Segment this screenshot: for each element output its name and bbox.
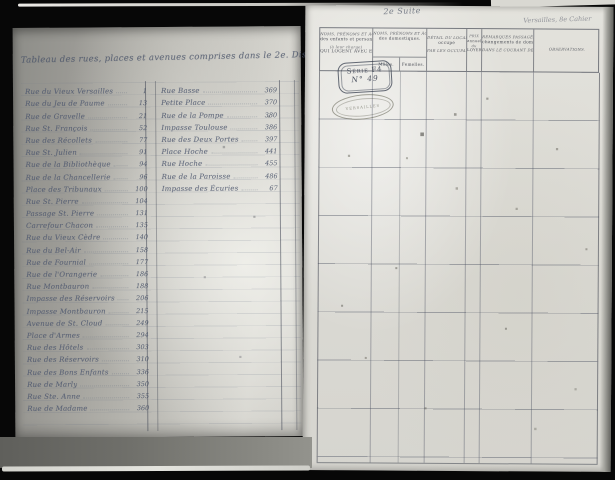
folio-number: 360 — [131, 404, 149, 412]
street-entry: Rue de la Pompe 380 — [161, 107, 277, 120]
street-name: Rue des Bons Enfants — [27, 368, 109, 377]
street-entry: Rue des Réservoirs 310 — [27, 351, 149, 364]
header-line: du — [467, 44, 481, 49]
dotted-leader — [83, 397, 129, 398]
folio-number: 21 — [129, 112, 147, 120]
table-surface-band — [0, 437, 312, 468]
street-name: Impasse des Écuries — [162, 184, 239, 193]
street-entry: Passage St. Pierre 131 — [26, 205, 148, 218]
header-line: DANS LE COURANT DE L'AN. — [482, 47, 533, 53]
header-line: PAR LES OCCUPANTS. — [427, 47, 466, 53]
street-entry: Rue St. François 52 — [25, 120, 147, 133]
dotted-leader — [82, 202, 128, 203]
street-entry: Rue du Bel-Air 158 — [26, 242, 148, 255]
folio-number: 77 — [129, 136, 147, 144]
header-line: QUI LOGENT AVEC EUX. — [320, 50, 372, 57]
street-entry: Rue Ste. Anne 355 — [27, 388, 149, 401]
folio-number: 67 — [260, 184, 278, 192]
page-title: Tableau des rues, places et avenues comp… — [21, 50, 293, 65]
folio-number: 486 — [260, 172, 278, 180]
dotted-leader — [211, 152, 257, 153]
handwritten-annotation-suite: 2e Suite — [383, 6, 421, 16]
folio-number: 355 — [131, 392, 149, 400]
folio-number: 249 — [131, 319, 149, 327]
street-name: Rue de Gravelle — [25, 112, 85, 120]
folio-number: 369 — [259, 86, 277, 94]
dotted-leader — [91, 409, 130, 410]
folio-number: 94 — [130, 160, 148, 168]
series-stamp-number: N° 49 — [339, 72, 391, 84]
folio-number: 310 — [131, 355, 149, 363]
dotted-leader — [203, 91, 257, 92]
folio-number: 336 — [131, 368, 149, 376]
header-line: (à leur charge) — [320, 44, 372, 50]
folio-number: 303 — [131, 343, 149, 351]
folio-number: 455 — [259, 159, 277, 167]
dotted-leader — [231, 128, 258, 129]
folio-number: 441 — [259, 147, 277, 155]
dotted-leader — [118, 300, 129, 301]
street-entry: Rue de Madame 360 — [27, 400, 149, 413]
street-entry: Rue de Marly 350 — [27, 376, 149, 389]
street-entry: Rue de la Bibliothèque 94 — [25, 156, 147, 169]
dotted-leader — [116, 92, 127, 93]
street-name: Rue St. François — [25, 124, 87, 132]
street-name: Place Hoche — [161, 148, 208, 156]
street-name: Rue du Vieux Versailles — [25, 87, 113, 96]
dotted-leader — [241, 189, 257, 190]
street-entry: Impasse Toulouse 386 — [161, 119, 277, 132]
street-name: Rue de Marly — [27, 380, 77, 388]
street-name: Rue de Madame — [27, 405, 87, 413]
street-entry: Rue du Jeu de Paume 13 — [25, 95, 147, 108]
dotted-leader — [86, 348, 129, 349]
street-name: Rue St. Pierre — [26, 197, 79, 205]
street-entry: Petite Place 370 — [161, 94, 277, 107]
header-line: des domestiques. — [373, 36, 426, 43]
street-name: Rue Ste. Anne — [27, 392, 80, 400]
header-line: REMARQUES PASSAGÈRES, — [482, 34, 533, 40]
street-list-first-column: Rue du Vieux Versailles 1 Rue du Jeu de … — [25, 83, 149, 413]
dotted-leader — [208, 104, 257, 105]
street-entry: Rue St. Pierre 104 — [26, 193, 148, 206]
series-stamp-label: Série F4 — [338, 64, 390, 75]
header-line: DÉTAIL DU LOCAL — [427, 35, 466, 41]
folio-number: 13 — [129, 99, 147, 107]
street-name: Place des Tribunaux — [26, 185, 102, 194]
folio-number: 186 — [130, 270, 148, 278]
dotted-leader — [114, 178, 128, 179]
street-entry: Rue des Bons Enfants 336 — [27, 363, 149, 376]
street-name: Rue de la Bibliothèque — [26, 161, 111, 170]
folio-number: 158 — [130, 246, 148, 254]
dotted-leader — [234, 177, 258, 178]
street-entry: Place Hoche 441 — [161, 143, 277, 156]
street-name: Petite Place — [161, 99, 205, 107]
left-page: Tableau des rues, places et avenues comp… — [13, 26, 304, 438]
street-name: Rue du Vieux Cèdre — [26, 234, 100, 243]
street-entry: Rue de Fournial 177 — [26, 254, 148, 267]
street-entry: Impasse Montbauron 215 — [26, 302, 148, 315]
street-entry: Avenue de St. Cloud 249 — [27, 315, 149, 328]
header-line: OBSERVATIONS. — [534, 46, 600, 52]
series-stamp: Série F4 N° 49 — [337, 60, 393, 94]
street-name: Rue Basse — [161, 87, 200, 95]
street-entry: Rue des Hôtels 303 — [27, 339, 149, 352]
folio-number: 380 — [259, 111, 277, 119]
dotted-leader — [105, 190, 128, 191]
street-name: Rue des Deux Portes — [161, 135, 238, 144]
street-name: Rue St. Julien — [25, 149, 77, 157]
street-entry: Impasse des Réservoirs 206 — [26, 290, 148, 303]
street-name: Rue de la Paroisse — [162, 172, 231, 180]
street-name: Rue Montbauron — [26, 283, 89, 291]
street-name: Avenue de St. Cloud — [27, 319, 103, 328]
dotted-leader — [92, 287, 128, 288]
folio-number: 52 — [129, 124, 147, 132]
dotted-leader — [88, 117, 127, 118]
folio-number: 1 — [129, 87, 147, 95]
dotted-leader — [96, 226, 128, 227]
header-col-prix-loyer: PRIXannuelduLOYER. — [467, 29, 482, 71]
street-entry: Rue des Récollets 77 — [25, 132, 147, 145]
folio-number: 370 — [259, 99, 277, 107]
dotted-leader — [84, 251, 128, 252]
header-line: LOYER. — [467, 48, 481, 53]
archival-scan: Tableau des rues, places et avenues comp… — [0, 0, 615, 480]
street-name: Rue de la Pompe — [161, 111, 224, 119]
header-col-observations: OBSERVATIONS. — [534, 29, 600, 71]
street-entry: Rue Montbauron 188 — [26, 278, 148, 291]
folio-number: 104 — [130, 197, 148, 205]
folio-number: 215 — [131, 307, 149, 315]
header-col-detail-local: DÉTAIL DU LOCALoccupéPAR LES OCCUPANTS. — [427, 29, 467, 71]
dotted-leader — [205, 165, 257, 166]
street-entry: Place des Tribunaux 100 — [26, 181, 148, 194]
street-entry: Rue Basse 369 — [161, 82, 277, 95]
dotted-leader — [227, 116, 257, 117]
street-entry: Rue des Deux Portes 397 — [161, 131, 277, 144]
header-line: NOMS, PRÉNOMS ET ÂGE — [320, 31, 372, 37]
folio-number: 294 — [131, 331, 149, 339]
table-row-lines — [317, 71, 600, 465]
dotted-leader — [83, 336, 129, 337]
street-name: Rue de Fournial — [26, 258, 86, 266]
dotted-leader — [103, 239, 128, 240]
street-name: Rue Hoche — [161, 160, 202, 168]
street-name: Place d'Armes — [27, 331, 80, 339]
street-entry: Rue Hoche 455 — [161, 155, 277, 168]
dotted-leader — [105, 324, 128, 325]
folio-number: 131 — [130, 209, 148, 217]
library-oval-stamp-text: VERSAILLES — [333, 101, 393, 112]
folio-number: 177 — [130, 258, 148, 266]
street-name: Rue de la Chancellerie — [26, 173, 111, 182]
header-col-remarques: REMARQUES PASSAGÈRES,changements de domi… — [482, 29, 534, 71]
folio-number: 135 — [130, 221, 148, 229]
street-entry: Rue de la Paroisse 486 — [162, 167, 278, 180]
street-entry: Place d'Armes 294 — [27, 327, 149, 340]
photo-light-strip-bottom — [2, 465, 310, 471]
header-line: NOMS, PRÉNOMS ET ÂGE — [373, 30, 426, 36]
street-name: Passage St. Pierre — [26, 210, 94, 218]
street-name: Rue des Récollets — [25, 136, 92, 144]
folio-number: 188 — [130, 282, 148, 290]
handwritten-annotation-cahier: Versailles, 8e Cahier — [523, 15, 591, 25]
street-entry: Rue du Vieux Versailles 1 — [25, 83, 147, 96]
header-col-domestiques-lines: NOMS, PRÉNOMS ET ÂGEdes domestiques. — [373, 30, 426, 43]
dotted-leader — [114, 166, 128, 167]
street-name: Impasse Toulouse — [161, 123, 227, 131]
street-entry: Rue de Gravelle 21 — [25, 107, 147, 120]
right-page: 2e Suite Versailles, 8e Cahier NOMS, PRÉ… — [303, 5, 614, 472]
folio-number: 100 — [130, 185, 148, 193]
dotted-leader — [112, 373, 129, 374]
dust-specks — [305, 5, 306, 6]
header-sub-femelles: Femelles. — [400, 58, 426, 71]
dotted-leader — [109, 312, 129, 313]
street-entry: Impasse des Écuries 67 — [162, 180, 278, 193]
street-entry: Rue St. Julien 91 — [25, 144, 147, 157]
dotted-leader — [108, 105, 127, 106]
dotted-leader — [102, 361, 129, 362]
street-entry: Rue de la Chancellerie 96 — [26, 168, 148, 181]
street-entry: Carrefour Chacon 135 — [26, 217, 148, 230]
street-entry: Rue du Vieux Cèdre 140 — [26, 229, 148, 242]
street-name: Rue des Hôtels — [27, 344, 84, 352]
street-list-second-column: Rue Basse 369 Petite Place 370 Rue de la… — [161, 82, 278, 192]
dotted-leader — [80, 385, 129, 386]
dotted-leader — [89, 263, 128, 264]
street-name: Impasse Montbauron — [27, 307, 106, 316]
header-line: PRIX — [467, 34, 481, 39]
dotted-leader — [97, 214, 128, 215]
dotted-leader — [80, 153, 128, 154]
folio-number: 140 — [130, 234, 148, 242]
folio-number: 386 — [259, 123, 277, 131]
dotted-leader — [95, 141, 127, 142]
folio-number: 350 — [131, 380, 149, 388]
folio-number: 91 — [129, 148, 147, 156]
folio-number: 397 — [259, 135, 277, 143]
folio-number: 206 — [130, 294, 148, 302]
street-name: Rue des Réservoirs — [27, 356, 99, 365]
dotted-leader — [100, 275, 128, 276]
street-name: Rue du Jeu de Paume — [25, 100, 105, 109]
folio-number: 96 — [130, 173, 148, 181]
dust-specks — [13, 28, 14, 29]
street-name: Carrefour Chacon — [26, 222, 93, 230]
page-fore-edge — [600, 7, 614, 472]
street-name: Rue du Bel-Air — [26, 246, 81, 254]
dotted-leader — [242, 140, 258, 141]
street-name: Rue de l'Orangerie — [26, 270, 97, 278]
dotted-leader — [91, 129, 128, 130]
street-name: Impasse des Réservoirs — [26, 295, 114, 304]
street-entry: Rue de l'Orangerie 186 — [26, 266, 148, 279]
